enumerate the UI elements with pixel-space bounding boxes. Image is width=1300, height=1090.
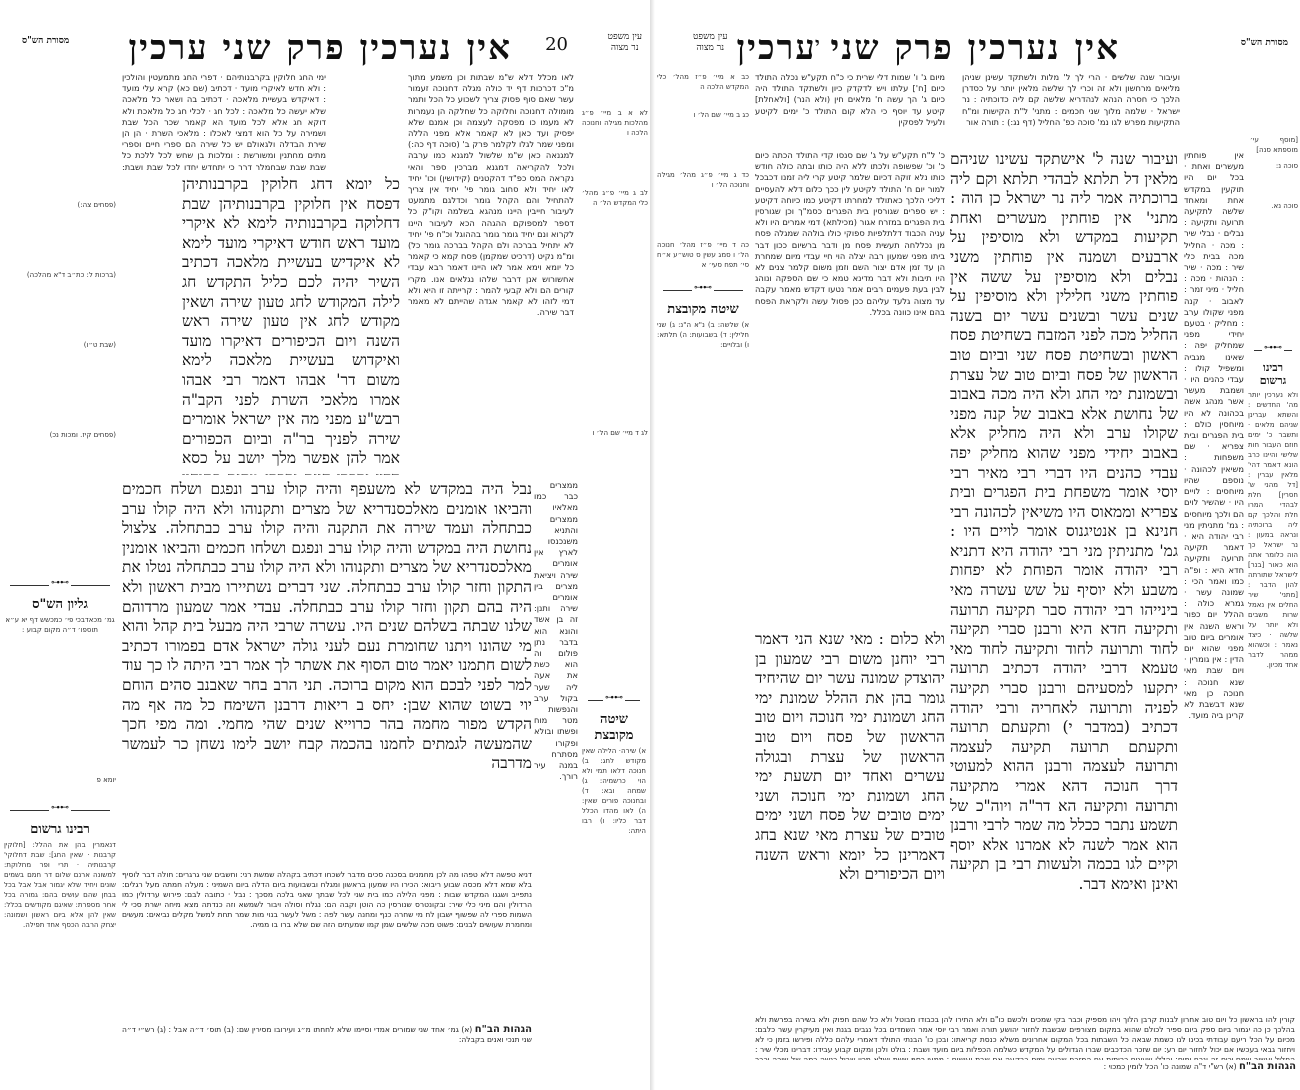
shita-mekubetzet-box: שיטה מקובצת א) שירה· הלילה שאין מקודש לח… [582, 690, 646, 850]
right-page: מסורת הש"ס אין נערכין פרק שני ערכין י עי… [655, 0, 1300, 1090]
shita-mekubetzet-title: שיטה מקובצת [657, 301, 749, 317]
hagahot-habach: הגהות הב"ח (א) רש"י ד"ה שמונה כו' הכל לו… [996, 1062, 1296, 1076]
folio-mark: י [815, 34, 820, 55]
gemara-lower-text: נבל היה במקדש לא משעפף והיה קולו ערב ונפ… [122, 480, 532, 860]
masoret-entry: (שבת ט״ו) [4, 340, 116, 350]
masoret-entry: סוכה נא. [1250, 201, 1298, 211]
right-page-header: מסורת הש"ס אין נערכין פרק שני ערכין י עי… [655, 28, 1300, 68]
rashi-column: אין פוחתין מעשרים ואחת · בכל יום היו תוק… [1184, 150, 1244, 1010]
rabbeinu-gershom-box: רבינו גרשום דנאמרין בהן את ההלל: [חלוקין… [4, 800, 116, 1000]
gemara-continuation: עשרה שרבי היה מבעל בית קהל והוא מי שהונו… [122, 617, 532, 772]
page-number: 20 [545, 34, 568, 55]
shita-mekubetzet-box: שיטה מקובצת א) שלשה: ב) נ"א ה"נ: ג) שני … [657, 280, 749, 400]
masoret-label: מסורת הש"ס [1241, 38, 1288, 49]
rabbeinu-gershom-text: ולא נערכין יותר מה' החדשים : והשתא עברינ… [1248, 390, 1298, 670]
masoret-entry: (פסחים קיז. ומכות נכ) [4, 430, 116, 440]
hagahot-habach: הגהות הב"ח (א) גמ׳ אחד שני שמורים אמדי ו… [122, 1025, 532, 1065]
gemara-lower-left: ולא כלום : מאי שנא הני דאמר רבי יוחנן מש… [755, 630, 945, 1010]
ein-mishpat-entry: לב ג מיי׳ פ״ג מהל׳ כלי המקדש הל׳ ה [582, 188, 648, 208]
ein-mishpat-column: לא א ב מיי׳ פ״ג מהלכות מגילה וחנוכה הלכה… [582, 108, 648, 668]
rashi-column: ימי החג חלוקין בקרבנותיהם · דפרי החג מתמ… [122, 72, 326, 170]
masoret-hashas-column: (פסחים צה:) (ברכות ל: כת״ב ד"א מהלכה) (ש… [4, 200, 116, 530]
ein-mishpat-entry: כה ד מיי׳ פ״ז מהל׳ חנוכה הל׳ ו סמג עשין … [657, 240, 749, 270]
rashi-top: ועיבור שנה שלשים · הרי לך ל' מלות ולשתקד… [962, 72, 1180, 142]
mishna-text: נבל היה במקדש לא משעפף והיה קולו ערב ונפ… [122, 480, 532, 635]
rabbeinu-gershom-title: רבינו גרשום [1248, 361, 1298, 387]
gilyon-hashas-box: גליון הש"ס גמ׳ מכאדבכי פי׳ כמכשש דף יא ע… [4, 575, 116, 645]
shita-mekubetzet-title: שיטה מקובצת [582, 711, 646, 743]
left-page-header: עין משפט נר מצוה 20 אין נערכין פרק שני ע… [0, 28, 650, 68]
masoret-hashas-column: [מוסף עי׳ מוספתא סנה] סוכה נ: סוכה נא. [1250, 135, 1298, 335]
gemara-main-text: ועיבור שנה ל' אישתקד עשינו שניהם מלאין ד… [950, 150, 1178, 1010]
tosafot-column: כ' ל"ח תקע"ש על ג' שם סנסו קדי התולד הכת… [755, 150, 945, 620]
hagahot-habach-title: הגהות הב"ח [475, 1025, 532, 1035]
ein-mishpat-entry: לג ד מיי׳ שם הל׳ ו [582, 428, 648, 438]
gilyon-hashas-text: גמ׳ מכאדבכי פי׳ כמכשש דף יא ע״א תוספו׳ ד… [4, 615, 116, 635]
ornament-divider [10, 810, 110, 811]
rabbeinu-gershom-text: דנאמרין בהן את ההלל: [חלוקין קרבנות · שא… [4, 840, 116, 930]
page-running-title: אין נערכין פרק שני ערכין [736, 28, 1120, 68]
gemara-text: ועיבור שנה ל' אישתקד עשינו שניהם מלאין ד… [950, 150, 1178, 893]
tosafot-top: מיום ג' ו' שמות דלי שרית כי כ"ח תקע"ש נכ… [755, 72, 945, 142]
tosafot-column: לאו מכלל דלא ש"מ שבתות וכן משמע מתוך מ"כ… [408, 72, 574, 492]
ornament-divider [10, 585, 110, 586]
gemara-main-text: כל יומא דחג חלוקין בקרבנותיהן דפסח אין ח… [182, 175, 400, 475]
hagahot-habach-text: (א) גמ׳ אחד שני שמורים אמדי וסיימו שלא ל… [122, 1025, 532, 1044]
ein-mishpat-label: עין משפט נר מצוה [693, 32, 727, 54]
hagahot-habach-text: (א) רש"י ד"ה שמונה כו' הכל לומין כמכוי : [1104, 1062, 1237, 1071]
ein-mishpat-column: כב א מיי׳ פ״ז מהל׳ כלי המקדש הלכה ה כג ב… [657, 72, 749, 272]
shita-mekubetzet-text: א) שלשה: ב) נ"א ה"נ: ג) שני חלילין: ד) ב… [657, 320, 749, 350]
masoret-entry: (ברכות ל: כת״ב ד"א מהלכה) [4, 270, 116, 280]
ein-mishpat-entry: כד ג מיי׳ פ״ג מהל׳ מגילה וחנוכה הל׳ ו [657, 170, 749, 190]
rabbeinu-gershom-title: רבינו גרשום [4, 821, 116, 837]
hagahot-habach-title: הגהות הב"ח [1239, 1062, 1296, 1072]
shita-mekubetzet-text: א) שירה· הלילה שאין מקודש לחג: ב) חנוכה … [582, 746, 646, 836]
ein-mishpat-label: עין משפט נר מצוה [608, 32, 642, 54]
page-running-title: אין נערכין פרק שני ערכין [128, 28, 512, 68]
ornament-divider [1254, 350, 1292, 351]
ornament-divider [663, 290, 743, 291]
masoret-label: מסורת הש"ס [22, 36, 69, 47]
ein-mishpat-entry: לא א ב מיי׳ פ״ג מהלכות מגילה וחנוכה הלכה… [582, 108, 648, 138]
gilyon-hashas-title: גליון הש"ס [4, 596, 116, 612]
footer-commentary: דניא טפשה דלא טפהו מה לכן מחמנים בסכנה ס… [122, 870, 532, 1020]
masoret-entry: [מוסף עי׳ מוספתא סנה] [1250, 135, 1298, 155]
masoret-entry: סוכה נ: [1250, 161, 1298, 171]
masoret-entry: (פסחים צה:) [4, 200, 116, 210]
ein-mishpat-entry: כג ב מיי׳ שם הל׳ ו [657, 110, 749, 120]
tosafot-narrow: ממצרים כבר כמו מאלאיו ממצרים והתניא משנכ… [534, 480, 578, 870]
masoret-entry-yoma: יומא פ [60, 775, 116, 789]
ein-mishpat-entry: כב א מיי׳ פ״ז מהל׳ כלי המקדש הלכה ה [657, 72, 749, 92]
rabbeinu-gershom-box: רבינו גרשום ולא נערכין יותר מה' החדשים :… [1248, 340, 1298, 800]
ornament-divider [588, 700, 640, 701]
left-page: עין משפט נר מצוה 20 אין נערכין פרק שני ע… [0, 0, 650, 1090]
footer-commentary: קורין להו בראשון כל ויום טוב אחרון לבנות… [755, 1015, 1295, 1060]
